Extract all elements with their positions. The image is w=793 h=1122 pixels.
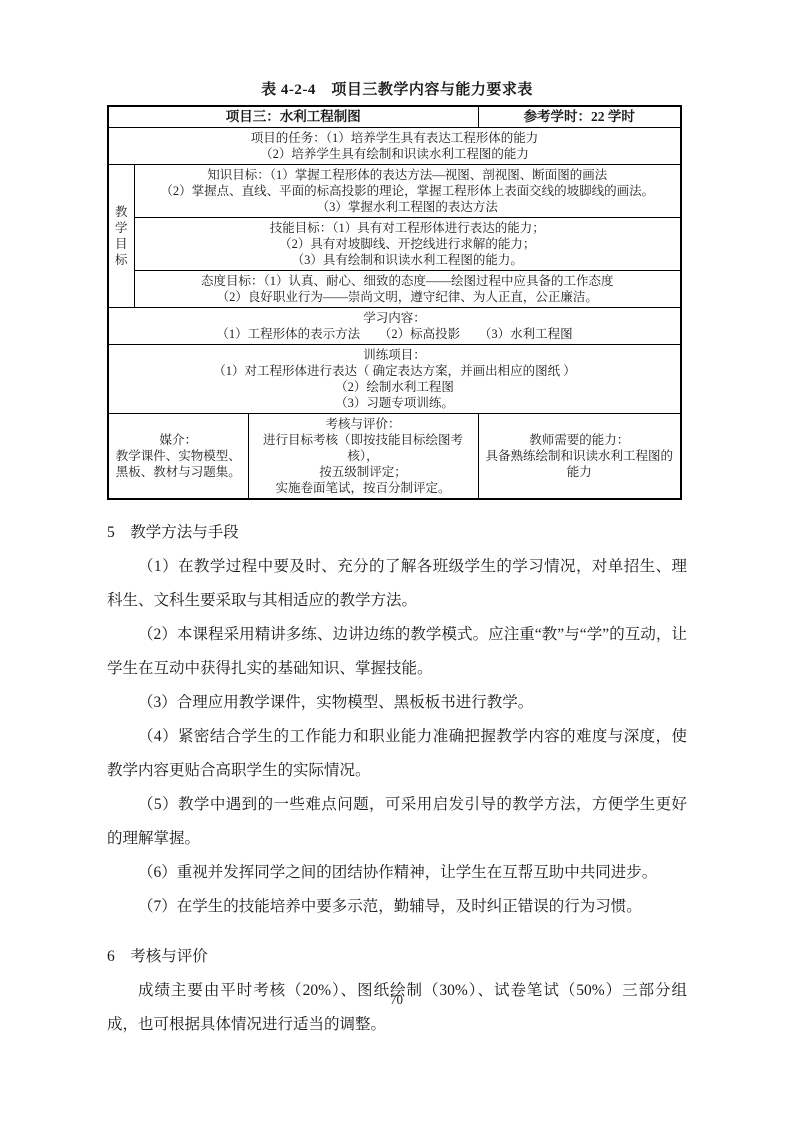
paragraph: 成绩主要由平时考核（20%）、图纸绘制（30%）、试卷笔试（50%）三部分组成，… xyxy=(107,974,687,1042)
knowledge-line: （2）掌握点、直线、平面的标高投影的理论，掌握工程形体上表面交线的坡脚线的画法。 xyxy=(138,183,678,199)
media-line: 媒介： xyxy=(112,432,245,448)
section-heading: 5 教学方法与手段 xyxy=(107,516,687,550)
table-row-skill-goal: 技能目标：（1）具有对工程形体进行表达的能力； （2）具有对坡脚线、开挖线进行求… xyxy=(108,218,681,271)
cell-assessment: 考核与评价： 进行目标考核（即按技能目标绘图考核）， 按五级制评定； 实施卷面笔… xyxy=(248,414,478,500)
section-assessment-evaluation: 6 考核与评价 成绩主要由平时考核（20%）、图纸绘制（30%）、试卷笔试（50… xyxy=(107,940,687,1042)
assessment-line: 实施卷面笔试，按百分制评定。 xyxy=(252,480,475,496)
cell-project-task: 项目的任务：（1）培养学生具有表达工程形体的能力 （2）培养学生具有绘制和识读水… xyxy=(108,128,681,165)
section-teaching-methods: 5 教学方法与手段 （1）在教学过程中要及时、充分的了解各班级学生的学习情况，对… xyxy=(107,516,687,924)
paragraph: （4）紧密结合学生的工作能力和职业能力准确把握教学内容的难度与深度，使教学内容更… xyxy=(107,720,687,788)
knowledge-line: （3）掌握水利工程图的表达方法 xyxy=(138,199,678,215)
table-caption: 表 4-2-4 项目三教学内容与能力要求表 xyxy=(107,80,687,100)
cell-knowledge-goal: 知识目标：（1）掌握工程形体的表达方法—视图、剖视图、断面图的画法 （2）掌握点… xyxy=(134,165,681,218)
skill-line: （3）具有绘制和识读水利工程图的能力。 xyxy=(138,252,678,268)
training-line: （3）习题专项训练。 xyxy=(112,395,677,411)
paragraph: （1）在教学过程中要及时、充分的了解各班级学生的学习情况，对单招生、理科生、文科… xyxy=(107,550,687,618)
table-row-header: 项目三：水利工程制图 参考学时：22 学时 xyxy=(108,106,681,128)
paragraph: （3）合理应用教学课件，实物模型、黑板板书进行教学。 xyxy=(107,686,687,720)
cell-media: 媒介： 教学课件、实物模型、黑板、教材与习题集。 xyxy=(108,414,248,500)
task-line: （2）培养学生具有绘制和识读水利工程图的能力 xyxy=(112,146,677,162)
content-line: 学习内容： xyxy=(112,310,677,326)
table-row-attitude-goal: 态度目标：（1）认真、耐心、细致的态度——绘图过程中应具备的工作态度 （2）良好… xyxy=(108,271,681,308)
cell-skill-goal: 技能目标：（1）具有对工程形体进行表达的能力； （2）具有对坡脚线、开挖线进行求… xyxy=(134,218,681,271)
skill-line: （2）具有对坡脚线、开挖线进行求解的能力； xyxy=(138,236,678,252)
paragraph: （6）重视并发挥同学之间的团结协作精神，让学生在互帮互助中共同进步。 xyxy=(107,856,687,890)
knowledge-line: 知识目标：（1）掌握工程形体的表达方法—视图、剖视图、断面图的画法 xyxy=(138,167,678,183)
cell-teaching-goal-label: 教学目标 xyxy=(108,165,134,308)
teacher-line: 教师需要的能力： xyxy=(482,432,678,448)
teaching-requirements-table: 项目三：水利工程制图 参考学时：22 学时 项目的任务：（1）培养学生具有表达工… xyxy=(107,105,682,500)
cell-reference-hours: 参考学时：22 学时 xyxy=(478,106,681,128)
training-line: （2）绘制水利工程图 xyxy=(112,379,677,395)
page-content: 表 4-2-4 项目三教学内容与能力要求表 项目三：水利工程制图 参考学时：22… xyxy=(107,80,687,1042)
task-line: 项目的任务：（1）培养学生具有表达工程形体的能力 xyxy=(112,130,677,146)
page-number: 70 xyxy=(0,992,793,1008)
table-row-task: 项目的任务：（1）培养学生具有表达工程形体的能力 （2）培养学生具有绘制和识读水… xyxy=(108,128,681,165)
content-line: （1）工程形体的表示方法 （2）标高投影 （3）水利工程图 xyxy=(112,326,677,342)
cell-training-items: 训练项目： （1）对工程形体进行表达（ 确定表达方案，并画出相应的图纸 ） （2… xyxy=(108,345,681,414)
table-row-bottom: 媒介： 教学课件、实物模型、黑板、教材与习题集。 考核与评价： 进行目标考核（即… xyxy=(108,414,681,500)
assessment-line: 考核与评价： xyxy=(252,416,475,432)
teacher-line: 具备熟练绘制和识读水利工程图的能力 xyxy=(482,448,678,480)
paragraph: （7）在学生的技能培养中要多示范，勤辅导，及时纠正错误的行为习惯。 xyxy=(107,890,687,924)
training-line: （1）对工程形体进行表达（ 确定表达方案，并画出相应的图纸 ） xyxy=(112,363,677,379)
skill-line: 技能目标：（1）具有对工程形体进行表达的能力； xyxy=(138,220,678,236)
attitude-line: （2）良好职业行为——崇尚文明，遵守纪律、为人正直，公正廉洁。 xyxy=(138,289,678,305)
paragraph: （2）本课程采用精讲多练、边讲边练的教学模式。应注重“教”与“学”的互动，让学生… xyxy=(107,618,687,686)
cell-teacher-ability: 教师需要的能力： 具备熟练绘制和识读水利工程图的能力 xyxy=(478,414,681,500)
cell-learning-content: 学习内容： （1）工程形体的表示方法 （2）标高投影 （3）水利工程图 xyxy=(108,308,681,345)
paragraph: （5）教学中遇到的一些难点问题，可采用启发引导的教学方法，方便学生更好的理解掌握… xyxy=(107,788,687,856)
media-line: 教学课件、实物模型、黑板、教材与习题集。 xyxy=(112,448,245,480)
assessment-line: 进行目标考核（即按技能目标绘图考核）， xyxy=(252,432,475,464)
cell-project-title: 项目三：水利工程制图 xyxy=(108,106,478,128)
attitude-line: 态度目标：（1）认真、耐心、细致的态度——绘图过程中应具备的工作态度 xyxy=(138,273,678,289)
section-heading: 6 考核与评价 xyxy=(107,940,687,974)
cell-attitude-goal: 态度目标：（1）认真、耐心、细致的态度——绘图过程中应具备的工作态度 （2）良好… xyxy=(134,271,681,308)
table-row-learning-content: 学习内容： （1）工程形体的表示方法 （2）标高投影 （3）水利工程图 xyxy=(108,308,681,345)
table-row-knowledge-goal: 教学目标 知识目标：（1）掌握工程形体的表达方法—视图、剖视图、断面图的画法 （… xyxy=(108,165,681,218)
assessment-line: 按五级制评定； xyxy=(252,464,475,480)
training-line: 训练项目： xyxy=(112,347,677,363)
document-page: 表 4-2-4 项目三教学内容与能力要求表 项目三：水利工程制图 参考学时：22… xyxy=(0,0,793,1122)
table-row-training-items: 训练项目： （1）对工程形体进行表达（ 确定表达方案，并画出相应的图纸 ） （2… xyxy=(108,345,681,414)
